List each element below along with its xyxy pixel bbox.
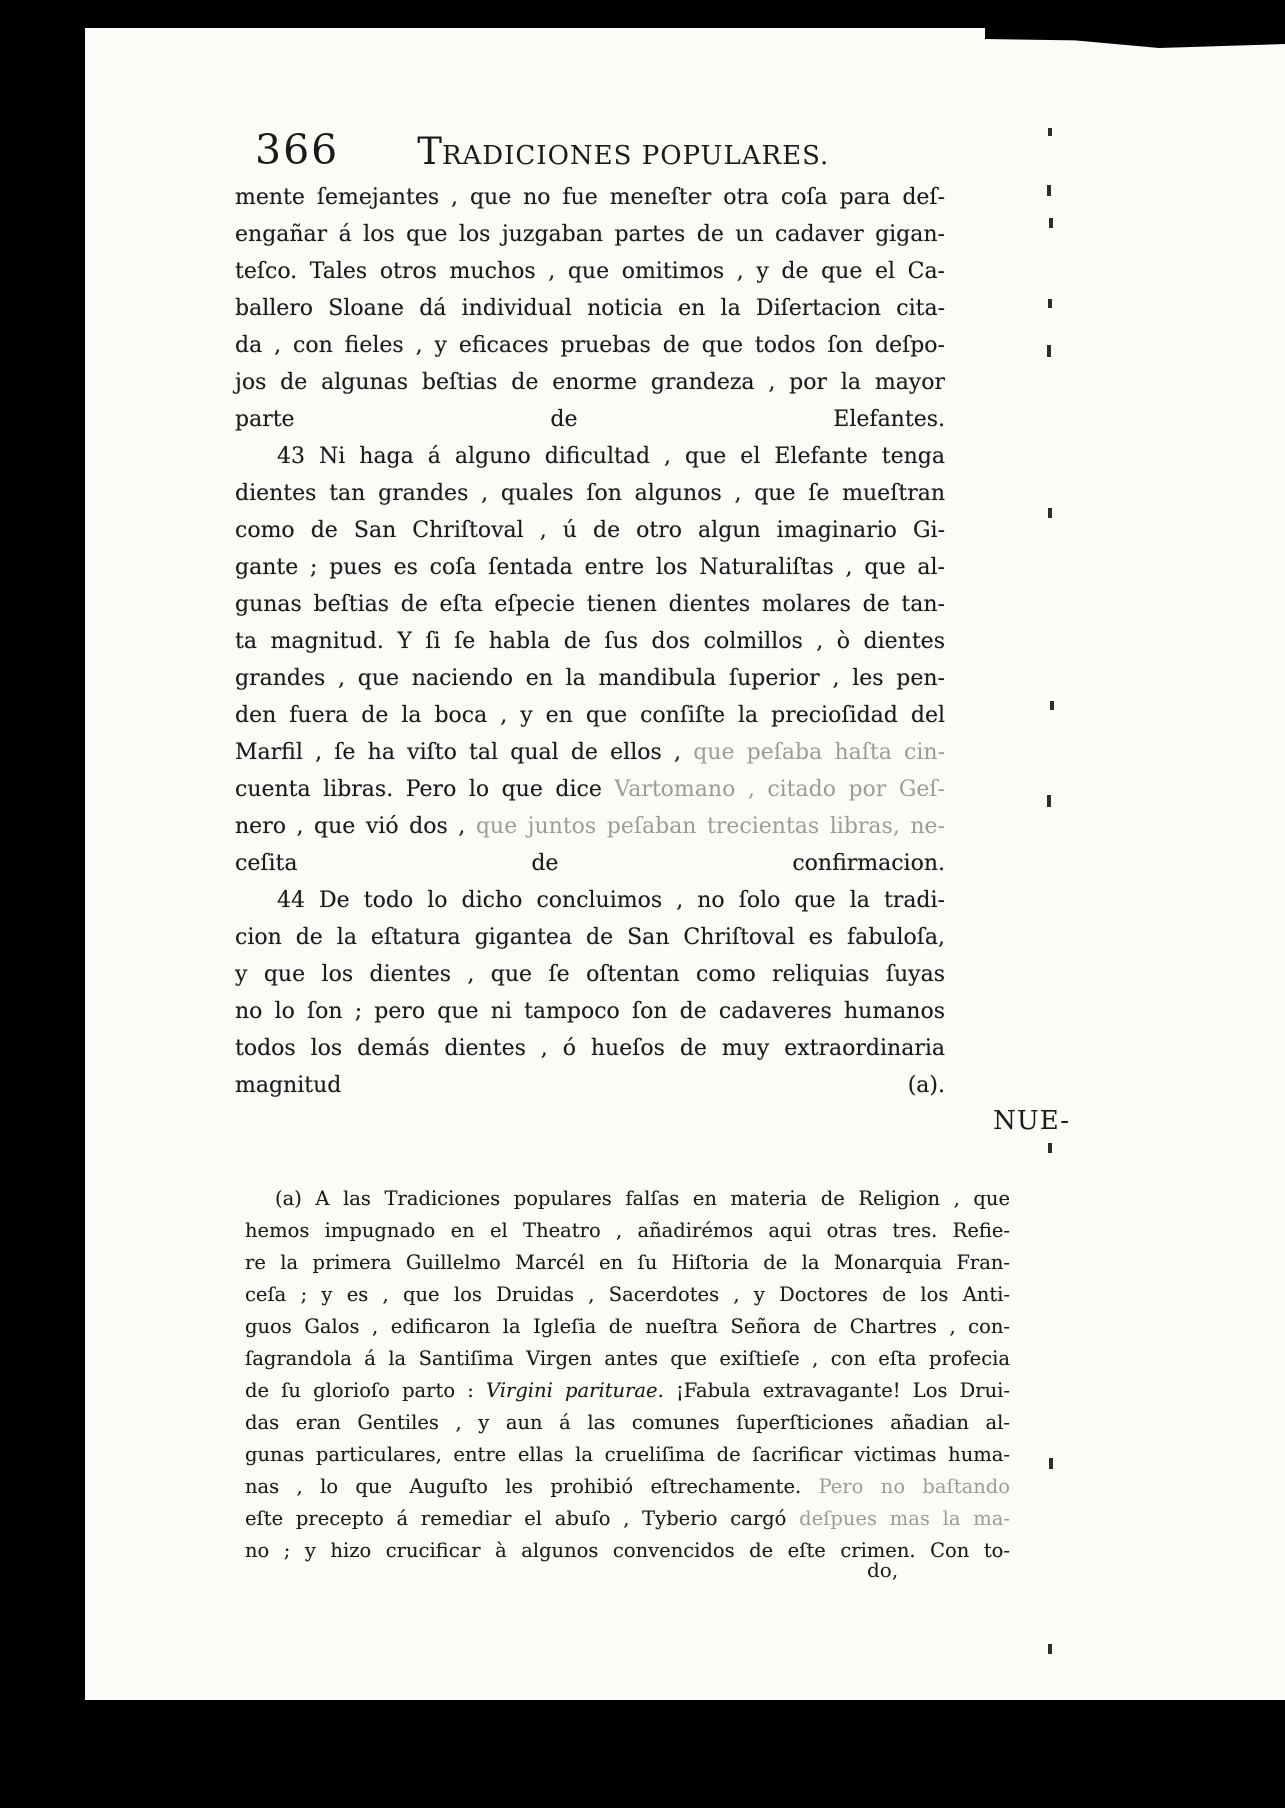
text-line: gunas particulares, entre ellas la cruel… xyxy=(245,1439,1010,1471)
text-segment: das eran Gentiles , y aun á las comunes … xyxy=(245,1411,1010,1434)
text-segment: grandes , que naciendo en la mandibula ſ… xyxy=(235,666,945,691)
text-segment: dientes tan grandes , quales ſon algunos… xyxy=(235,481,945,506)
text-segment: den fuera de la boca , y en que conſiſte… xyxy=(235,703,945,728)
text-segment: deſpues mas la ma- xyxy=(799,1507,1010,1530)
text-segment: mente ſemejantes , que no fue meneſter o… xyxy=(235,185,945,210)
text-segment: ballero Sloane dá individual noticia en … xyxy=(235,296,945,321)
scan-edge-mark xyxy=(1048,508,1052,518)
text-line: 44 De todo lo dicho concluimos , no ſolo… xyxy=(235,882,945,919)
text-segment: re la primera Guillelmo Marcél en ſu Hiſ… xyxy=(245,1251,1010,1274)
paper-page: 366 TRADICIONES POPULARES. mente ſemejan… xyxy=(85,28,1285,1700)
text-segment: nero , que vió dos , xyxy=(235,814,476,839)
text-line: gante ; pues es coſa ſentada entre los N… xyxy=(235,549,945,586)
text-line: como de San Chriſtoval , ú de otro algun… xyxy=(235,512,945,549)
text-segment: ceſita de confirmacion. xyxy=(235,851,945,876)
text-segment: gante ; pues es coſa ſentada entre los N… xyxy=(235,555,945,580)
text-line: dientes tan grandes , quales ſon algunos… xyxy=(235,475,945,512)
text-line: ceſa ; y es , que los Druidas , Sacerdot… xyxy=(245,1279,1010,1311)
page-header: 366 TRADICIONES POPULARES. xyxy=(255,126,829,174)
text-line: todos los demás dientes , ó hueſos de mu… xyxy=(235,1030,945,1067)
text-line: nero , que vió dos , que juntos peſaban … xyxy=(235,808,945,845)
text-line: parte de Elefantes. xyxy=(235,401,945,438)
text-segment: magnitud (a). xyxy=(235,1073,945,1098)
text-line: gunas beſtias de eſta eſpecie tienen die… xyxy=(235,586,945,623)
footnote-text: (a) A las Tradiciones populares falſas e… xyxy=(245,1183,1010,1567)
running-title-initial: T xyxy=(417,130,442,173)
text-segment: ¡Fabula extravagante! Los Drui- xyxy=(664,1379,1010,1402)
text-line: cuenta libras. Pero lo que dice Vartoman… xyxy=(235,771,945,808)
text-segment: Virgini pariturae. xyxy=(486,1379,664,1402)
scan-edge-mark xyxy=(1048,1644,1052,1654)
text-segment: ta magnitud. Y ſi ſe habla de ſus dos co… xyxy=(235,629,945,654)
text-segment: todos los demás dientes , ó hueſos de mu… xyxy=(235,1036,945,1061)
text-segment: de ſu glorioſo parto : xyxy=(245,1379,486,1402)
text-segment: da , con fieles , y eficaces pruebas de … xyxy=(235,333,945,358)
scan-edge-mark xyxy=(1047,795,1051,807)
catchword: NUE- xyxy=(993,1106,1070,1136)
scan-edge-mark xyxy=(1047,345,1051,357)
text-segment: y que los dientes , que ſe oſtentan como… xyxy=(235,962,945,987)
text-segment: ſagrandola á la Santiſima Virgen antes q… xyxy=(245,1347,1010,1370)
footnote-catchword: do, xyxy=(867,1558,898,1582)
text-line: teſco. Tales otros muchos , que omitimos… xyxy=(235,253,945,290)
text-line: grandes , que naciendo en la mandibula ſ… xyxy=(235,660,945,697)
running-title: TRADICIONES POPULARES. xyxy=(417,130,829,173)
text-segment: gunas particulares, entre ellas la cruel… xyxy=(245,1443,1010,1466)
text-segment: teſco. Tales otros muchos , que omitimos… xyxy=(235,259,945,284)
text-segment: gunas beſtias de eſta eſpecie tienen die… xyxy=(235,592,945,617)
running-title-rest: RADICIONES POPULARES. xyxy=(442,141,829,171)
body-text: mente ſemejantes , que no fue meneſter o… xyxy=(235,179,945,1104)
page-number: 366 xyxy=(255,126,339,174)
text-line: no lo ſon ; pero que ni tampoco ſon de c… xyxy=(235,993,945,1030)
text-line: guos Galos , edificaron la Igleſia de nu… xyxy=(245,1311,1010,1343)
scan-border-top-right xyxy=(985,28,1285,48)
text-line: ballero Sloane dá individual noticia en … xyxy=(235,290,945,327)
text-segment: parte de Elefantes. xyxy=(235,407,945,432)
text-segment: como de San Chriſtoval , ú de otro algun… xyxy=(235,518,945,543)
text-line: de ſu glorioſo parto : Virgini pariturae… xyxy=(245,1375,1010,1407)
scan-edge-mark xyxy=(1047,185,1051,196)
text-segment: (a) A las Tradiciones populares falſas e… xyxy=(275,1187,1010,1210)
scanned-book-page: 366 TRADICIONES POPULARES. mente ſemejan… xyxy=(0,0,1285,1808)
text-line: Marfil , ſe ha viſto tal qual de ellos ,… xyxy=(235,734,945,771)
text-segment: no lo ſon ; pero que ni tampoco ſon de c… xyxy=(235,999,945,1024)
text-line: hemos impugnado en el Theatro , añadirém… xyxy=(245,1215,1010,1247)
text-segment: 44 De todo lo dicho concluimos , no ſolo… xyxy=(277,888,945,913)
text-segment: Vartomano , citado por Geſ- xyxy=(614,777,945,802)
text-line: nas , lo que Auguſto les prohibió eſtrec… xyxy=(245,1471,1010,1503)
text-line: re la primera Guillelmo Marcél en ſu Hiſ… xyxy=(245,1247,1010,1279)
scan-edge-mark xyxy=(1048,128,1052,136)
text-line: cion de la eſtatura gigantea de San Chri… xyxy=(235,919,945,956)
text-segment: jos de algunas beſtias de enorme grandez… xyxy=(235,370,945,395)
text-segment: eſte precepto á remediar el abuſo , Tybe… xyxy=(245,1507,799,1530)
text-line: da , con fieles , y eficaces pruebas de … xyxy=(235,327,945,364)
text-segment: nas , lo que Auguſto les prohibió eſtrec… xyxy=(245,1475,819,1498)
text-segment: cuenta libras. Pero lo que dice xyxy=(235,777,614,802)
text-line: den fuera de la boca , y en que conſiſte… xyxy=(235,697,945,734)
text-line: (a) A las Tradiciones populares falſas e… xyxy=(245,1183,1010,1215)
text-segment: que juntos peſaban trecientas libras, ne… xyxy=(476,814,945,839)
scan-edge-mark xyxy=(1050,701,1054,710)
text-line: das eran Gentiles , y aun á las comunes … xyxy=(245,1407,1010,1439)
text-segment: hemos impugnado en el Theatro , añadirém… xyxy=(245,1219,1010,1242)
text-segment: engañar á los que los juzgaban partes de… xyxy=(235,222,945,247)
text-segment: cion de la eſtatura gigantea de San Chri… xyxy=(235,925,945,950)
text-segment: 43 Ni haga á alguno dificultad , que el … xyxy=(277,444,945,469)
text-segment: que peſaba haſta cin- xyxy=(693,740,945,765)
scan-edge-mark xyxy=(1048,1143,1052,1153)
text-line: ſagrandola á la Santiſima Virgen antes q… xyxy=(245,1343,1010,1375)
text-line: magnitud (a). xyxy=(235,1067,945,1104)
scan-edge-mark xyxy=(1049,218,1053,228)
text-line: eſte precepto á remediar el abuſo , Tybe… xyxy=(245,1503,1010,1535)
scan-edge-mark xyxy=(1048,299,1052,308)
text-line: ceſita de confirmacion. xyxy=(235,845,945,882)
text-line: jos de algunas beſtias de enorme grandez… xyxy=(235,364,945,401)
text-line: y que los dientes , que ſe oſtentan como… xyxy=(235,956,945,993)
text-line: engañar á los que los juzgaban partes de… xyxy=(235,216,945,253)
text-segment: guos Galos , edificaron la Igleſia de nu… xyxy=(245,1315,1010,1338)
text-segment: ceſa ; y es , que los Druidas , Sacerdot… xyxy=(245,1283,1010,1306)
text-line: 43 Ni haga á alguno dificultad , que el … xyxy=(235,438,945,475)
text-segment: Marfil , ſe ha viſto tal qual de ellos , xyxy=(235,740,693,765)
text-line: ta magnitud. Y ſi ſe habla de ſus dos co… xyxy=(235,623,945,660)
text-segment: Pero no baſtando xyxy=(819,1475,1010,1498)
scan-edge-mark xyxy=(1049,1458,1053,1469)
text-line: mente ſemejantes , que no fue meneſter o… xyxy=(235,179,945,216)
